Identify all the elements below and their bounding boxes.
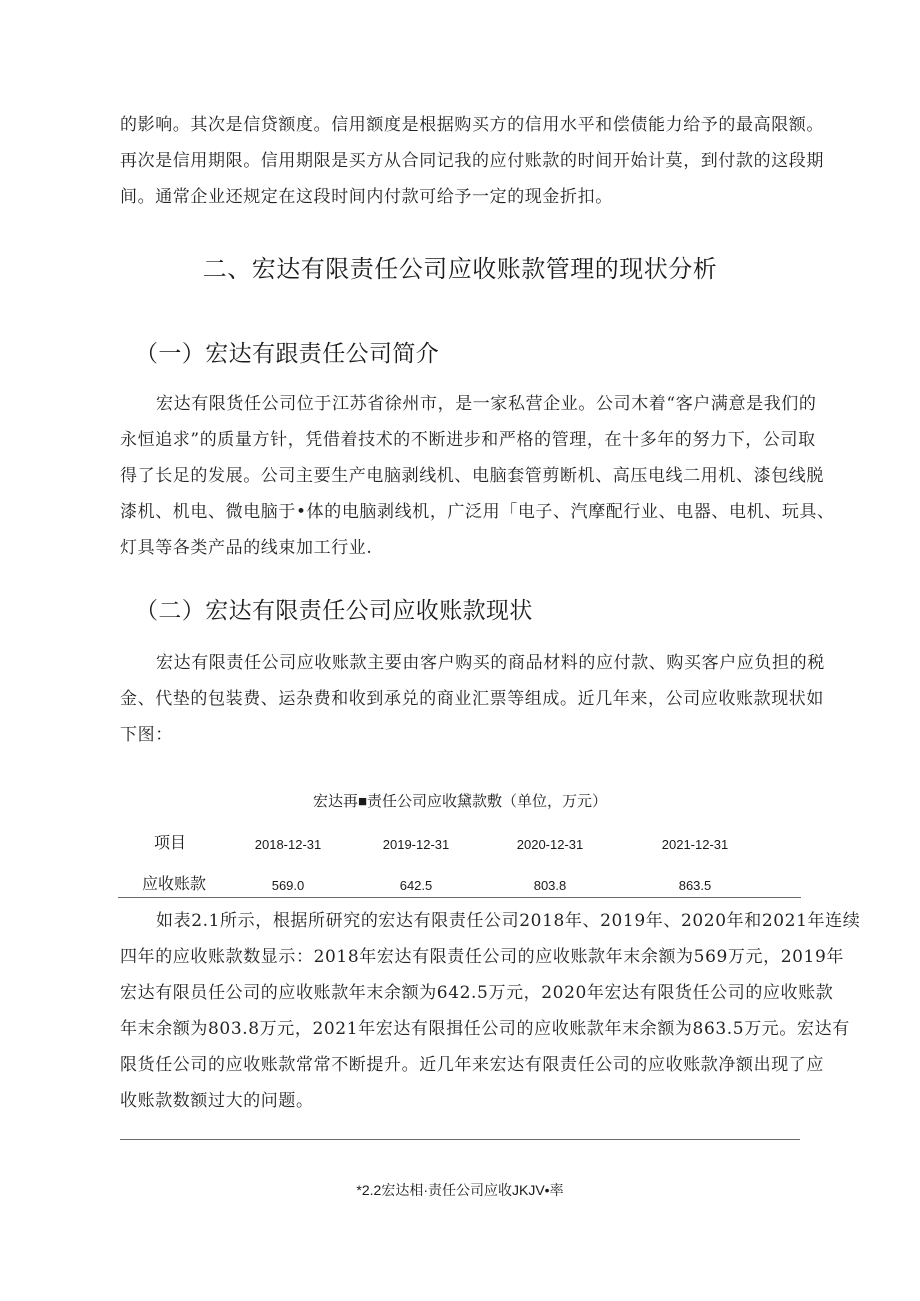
section-heading: 二、宏达有限责任公司应收账款管理的现状分析	[0, 254, 920, 286]
paragraph-line: 如表2.1所示，根据所研究的宏达有限责任公司2018年、2019年、2020年和…	[156, 910, 804, 932]
paragraph-line: 四年的应收账款数显示：2018年宏达有限责任公司的应收账款年末余额为569万元，…	[120, 946, 804, 968]
paragraph-line: 收账款数额过大的问题。	[120, 1090, 804, 1112]
paragraph-line: 年末余额为803.8万元，2021年宏达有限揖任公司的应收账款年末余额为863.…	[120, 1018, 804, 1040]
subsection-2-heading: （二）宏达有限责任公司应收账款现状	[135, 594, 533, 626]
table-cell: 569.0	[238, 877, 338, 895]
table-cell: 应收账款	[134, 875, 214, 895]
paragraph-line: 灯具等各类产品的线束加工行业.	[120, 537, 804, 559]
table-header-cell: 2018-12-31	[238, 836, 338, 854]
intro-line-2: 再次是信用期限。信用期限是买方从合同记我的应付账款的时间开始计莫，到付款的这段期	[120, 150, 804, 172]
paragraph-line: 限货任公司的应收账款常常不断提升。近几年来宏达有限责任公司的应收账款净额出现了应	[120, 1054, 804, 1076]
intro-line-3: 间。通常企业还规定在这段时间内付款可给予一定的现金折扣。	[120, 186, 804, 208]
table-cell: 642.5	[366, 877, 466, 895]
paragraph-line: 下图：	[120, 724, 804, 746]
section-divider	[120, 1139, 800, 1140]
paragraph-line: 宏达有限员任公司的应收账款年末余额为642.5万元，2020年宏达有限货任公司的…	[120, 982, 804, 1004]
paragraph-line: 金、代垫的包装费、运杂费和收到承兑的商业汇票等组成。近几年来，公司应收账款现状如	[120, 688, 804, 710]
table-title: 宏达再■责任公司应收黛款敷（单位，万元）	[0, 791, 920, 813]
paragraph-line: 宏达有限货任公司位于江苏省徐州市，是一家私营企业。公司木着“客户满意是我们的	[156, 393, 804, 415]
table-bottom-rule	[118, 897, 801, 898]
paragraph-line: 漆机、机电、微电脑于•体的电脑剥线机，广泛用「电子、汽摩配行业、电器、电机、玩具…	[120, 501, 804, 523]
subsection-1-heading: （一）宏达有跟责任公司简介	[135, 337, 439, 369]
paragraph-line: 永恒追求”的质量方针，凭借着技术的不断进步和严格的管理，在十多年的努力下，公司取	[120, 429, 804, 451]
paragraph-line: 得了长足的发展。公司主要生产电脑剥线机、电脑套管剪断机、高压电线二用机、漆包线脱	[120, 465, 804, 487]
table-header-cell: 2020-12-31	[500, 836, 600, 854]
paragraph-line: 宏达有限责任公司应收账款主要由客户购买的商品材料的应付款、购买客户应负担的税	[156, 652, 804, 674]
table-header-cell: 2019-12-31	[366, 836, 466, 854]
table-header-cell: 项目	[140, 834, 200, 854]
table-header-cell: 2021-12-31	[645, 836, 745, 854]
intro-line-1: 的影响。其次是信贷额度。信用额度是根据购买方的信用水平和偿债能力给予的最高限额。	[120, 114, 804, 136]
table-cell: 863.5	[645, 877, 745, 895]
table-cell: 803.8	[500, 877, 600, 895]
next-table-caption: *2.2宏达相·责任公司应收JKJV•率	[0, 1180, 920, 1200]
